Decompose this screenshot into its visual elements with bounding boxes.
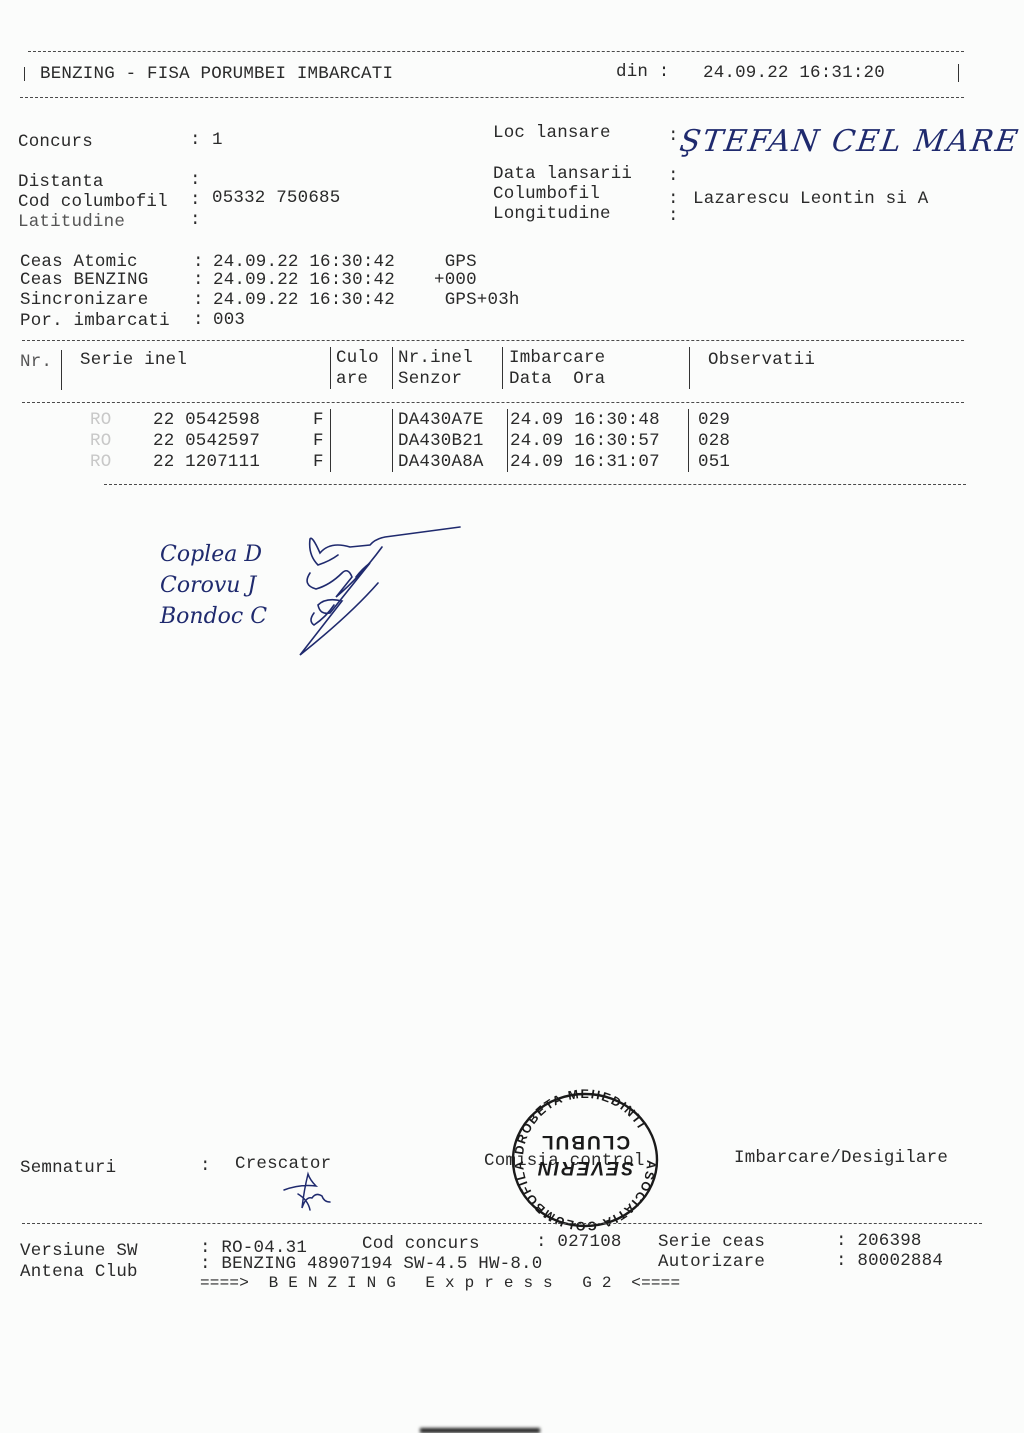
autorizare-label: Autorizare (658, 1252, 765, 1272)
latitudine-label: Latitudine (18, 212, 125, 232)
table-bottom-rule (104, 484, 966, 485)
sensor-id: DA430A7E (398, 410, 484, 430)
distanta-sep: : (190, 170, 201, 190)
cod-columbofil-sep: : (190, 190, 201, 210)
crescator-signature (280, 1172, 340, 1222)
print-date-label: din : (616, 62, 670, 82)
row-divider (330, 451, 331, 472)
clock-sep: : (193, 270, 204, 290)
row-divider (507, 430, 508, 451)
club-stamp: ASOCIATIA COLUMBOFILA DROBETA MEHEDINTI … (510, 1092, 660, 1228)
ring-serie: 22 0542598 (153, 410, 260, 430)
ring-country: RO (90, 431, 111, 451)
header-bottom-rule (20, 97, 964, 98)
col-divider (392, 347, 393, 389)
row-divider (330, 409, 331, 430)
benzing-banner: ====> B E N Z I N G E x p r e s s G 2 <=… (200, 1273, 680, 1293)
row-divider (507, 409, 508, 430)
sensor-id: DA430B21 (398, 431, 484, 451)
col-header-senzor-2: Senzor (398, 369, 462, 389)
cod-columbofil-label: Cod columbofil (18, 192, 168, 212)
longitudine-label: Longitudine (493, 204, 611, 224)
table-header-rule (22, 402, 964, 403)
ring-country: RO (90, 410, 111, 430)
ring-serie: 22 1207111 (153, 452, 260, 472)
clock-value: 24.09.22 16:30:42 (213, 290, 395, 310)
boarding-datetime: 24.09 16:30:48 (510, 410, 660, 430)
concurs-sep: : (190, 130, 201, 150)
loc-lansare-label: Loc lansare (493, 123, 611, 143)
row-divider (688, 451, 689, 472)
clock-label: Sincronizare (20, 290, 148, 310)
row-divider (392, 451, 393, 472)
clock-value: 24.09.22 16:30:42 (213, 270, 395, 290)
sensor-id: DA430A8A (398, 452, 484, 472)
svg-text:CLUBUL: CLUBUL (540, 1131, 630, 1152)
versiune-sw-label: Versiune SW (20, 1241, 138, 1261)
document-title: BENZING - FISA PORUMBEI IMBARCATI (40, 64, 393, 84)
scan-edge-shadow (420, 1428, 540, 1433)
row-divider (392, 430, 393, 451)
col-header-imbarcare-1: Imbarcare (509, 348, 605, 368)
col-divider (689, 347, 690, 389)
autorizare-value: : 80002884 (836, 1251, 943, 1271)
col-divider (61, 350, 62, 390)
data-lansarii-label: Data lansarii (493, 164, 632, 184)
ring-sex: F (313, 410, 324, 430)
concurs-value: 1 (212, 130, 223, 150)
observation: 028 (698, 431, 730, 451)
clock-value: 24.09.22 16:30:42 (213, 252, 395, 272)
columbofil-label: Columbofil (493, 184, 600, 204)
col-divider (330, 347, 331, 389)
columbofil-value: Lazarescu Leontin si A (693, 189, 928, 209)
col-header-imbarcare-2: Data Ora (509, 369, 605, 389)
signatures-label: Semnaturi (20, 1158, 116, 1178)
data-lansarii-sep: : (668, 166, 679, 186)
commission-signature-scribble (290, 525, 470, 665)
cod-concurs-value: : 027108 (536, 1232, 622, 1252)
row-divider (688, 409, 689, 430)
row-divider (507, 451, 508, 472)
cod-columbofil-value: 05332 750685 (212, 188, 340, 208)
antena-club-value: : BENZING 48907194 SW-4.5 HW-8.0 (200, 1254, 542, 1274)
header-top-rule (28, 51, 964, 52)
table-top-rule (22, 340, 964, 341)
header-right-bar (958, 64, 959, 82)
ring-serie: 22 0542597 (153, 431, 260, 451)
row-divider (330, 430, 331, 451)
serie-ceas-label: Serie ceas (658, 1232, 765, 1252)
por-imbarcati-label: Por. imbarcati (20, 311, 170, 331)
distanta-label: Distanta (18, 172, 104, 192)
header-left-bar (24, 67, 25, 81)
clock-sep: : (193, 290, 204, 310)
imbarcare-desigilare-label: Imbarcare/Desigilare (734, 1148, 948, 1168)
crescator-label: Crescator (235, 1154, 331, 1174)
ring-sex: F (313, 452, 324, 472)
col-header-observatii: Observatii (708, 350, 815, 370)
por-imbarcati-value: 003 (213, 310, 245, 330)
row-divider (392, 409, 393, 430)
observation: 051 (698, 452, 730, 472)
latitudine-sep: : (190, 210, 201, 230)
col-header-culoare-2: are (336, 369, 368, 389)
signatures-sep: : (200, 1156, 211, 1176)
col-divider (502, 347, 503, 389)
row-divider (688, 430, 689, 451)
clock-label: Ceas BENZING (20, 270, 148, 290)
longitudine-sep: : (668, 206, 679, 226)
cod-concurs-label: Cod concurs (362, 1234, 480, 1254)
observation: 029 (698, 410, 730, 430)
por-imbarcati-sep: : (193, 310, 204, 330)
handwritten-name: Corovu J (160, 573, 256, 598)
boarding-datetime: 24.09 16:31:07 (510, 452, 660, 472)
clock-suffix: +000 (434, 270, 477, 290)
print-date-value: 24.09.22 16:31:20 (703, 63, 885, 83)
clock-suffix: GPS (434, 252, 477, 272)
clock-suffix: GPS+03h (434, 290, 520, 310)
ring-country: RO (90, 452, 111, 472)
handwritten-name: Coplea D (160, 542, 262, 567)
clock-label: Ceas Atomic (20, 252, 138, 272)
col-header-culoare-1: Culo (336, 348, 379, 368)
clock-sep: : (193, 252, 204, 272)
col-header-senzor-1: Nr.inel (398, 348, 473, 368)
col-header-serie: Serie inel (80, 350, 187, 370)
footer-rule (22, 1223, 982, 1224)
loc-lansare-handwritten: ŞTEFAN CEL MARE (678, 124, 1022, 159)
antena-club-label: Antena Club (20, 1262, 138, 1282)
concurs-label: Concurs (18, 132, 93, 152)
svg-text:SEVERIN: SEVERIN (536, 1157, 633, 1178)
ring-sex: F (313, 431, 324, 451)
serie-ceas-value: : 206398 (836, 1231, 922, 1251)
loc-lansare-sep: : (668, 126, 679, 146)
handwritten-name: Bondoc C (160, 604, 267, 629)
boarding-datetime: 24.09 16:30:57 (510, 431, 660, 451)
col-header-nr: Nr. (20, 352, 52, 372)
